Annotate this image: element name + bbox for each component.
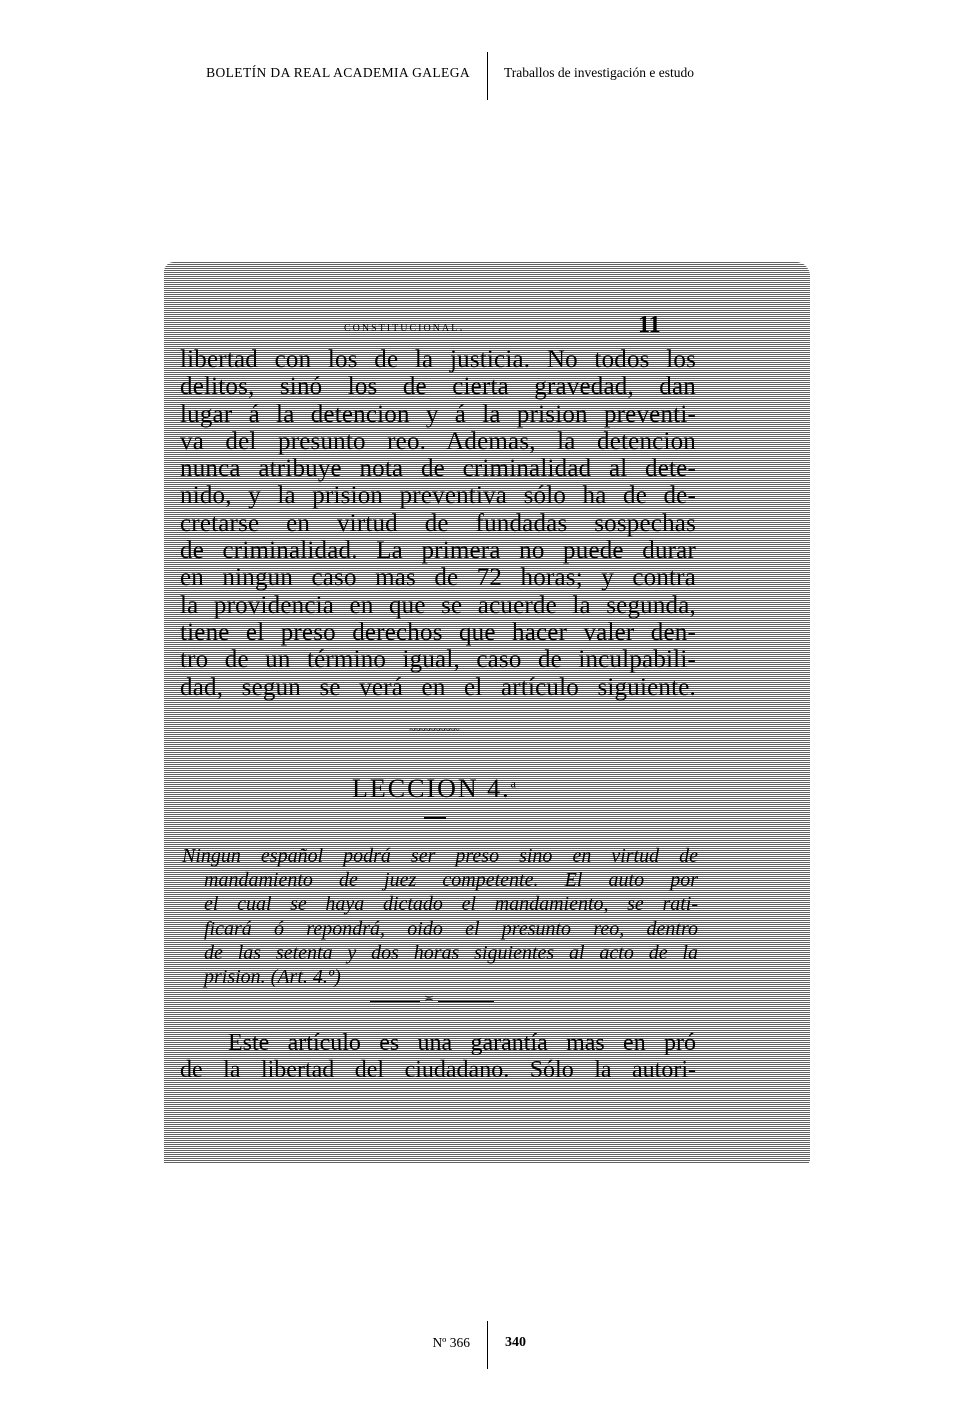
text-line: nunca atribuye nota de criminalidad al d… xyxy=(180,455,696,482)
page-number: 340 xyxy=(505,1335,526,1351)
text-line: de la libertad del ciudadano. Sólo la au… xyxy=(180,1057,696,1084)
lesson-heading-text: LECCION 4. xyxy=(352,774,511,803)
header-divider xyxy=(487,52,488,100)
quote-line: prision. (Art. 4.º) xyxy=(182,965,698,989)
text-line: de criminalidad. La primera no puede dur… xyxy=(180,537,696,564)
text-line: nido, y la prision preventiva sólo ha de… xyxy=(180,482,696,509)
scanned-page-image: CONSTITUCIONAL. 11 libertad con los de l… xyxy=(164,262,810,1164)
article-quote: Ningun español podrá ser preso sino en v… xyxy=(182,844,698,989)
quote-line: ficará ó repondrá, oido el presunto reo,… xyxy=(182,917,698,941)
journal-header: BOLETÍN DA REAL ACADEMIA GALEGA Traballo… xyxy=(0,52,975,100)
journal-title: BOLETÍN DA REAL ACADEMIA GALEGA xyxy=(206,65,470,81)
commentary-text: Este artículo es una garantía mas en pró… xyxy=(180,1030,696,1084)
text-line: dad, segun se verá en el artículo siguie… xyxy=(180,674,696,701)
text-line: cretarse en virtud de fundadas sospechas xyxy=(180,510,696,537)
footer-divider xyxy=(487,1321,488,1369)
text-line: Este artículo es una garantía mas en pró xyxy=(180,1030,696,1057)
scan-running-head: CONSTITUCIONAL. xyxy=(344,320,465,336)
text-line: tro de un término igual, caso de inculpa… xyxy=(180,646,696,673)
issue-number: Nº 366 xyxy=(432,1335,470,1351)
text-line: en ningun caso mas de 72 horas; y contra xyxy=(180,564,696,591)
quote-line: el cual se haya dictado el mandamiento, … xyxy=(182,892,698,916)
short-rule xyxy=(424,817,446,819)
fleuron-mark: ≍ xyxy=(424,991,434,1006)
text-line: tiene el preso derechos que hacer valer … xyxy=(180,619,696,646)
text-line: va del presunto reo. Ademas, la detencio… xyxy=(180,428,696,455)
text-line: la providencia en que se acuerde la segu… xyxy=(180,592,696,619)
text-line: delitos, sinó los de cierta gravedad, da… xyxy=(180,373,696,400)
quote-line: mandamiento de juez competente. El auto … xyxy=(182,868,698,892)
section-title: Traballos de investigación e estudo xyxy=(504,65,694,81)
scan-page-number: 11 xyxy=(638,312,661,339)
fleuron-divider: ≍ xyxy=(370,997,494,1007)
lesson-heading-superscript: a xyxy=(511,776,518,790)
quote-line: Ningun español podrá ser preso sino en v… xyxy=(182,844,698,868)
lesson-heading: LECCION 4.a xyxy=(352,774,518,804)
ornament-divider: ~~~~~~~~~~ xyxy=(382,724,486,736)
scan-body-text: libertad con los de la justicia. No todo… xyxy=(180,346,696,701)
text-line: libertad con los de la justicia. No todo… xyxy=(180,346,696,373)
journal-footer: Nº 366 340 xyxy=(0,1321,975,1369)
quote-line: de las setenta y dos horas siguientes al… xyxy=(182,941,698,965)
fleuron-right-bar xyxy=(438,1001,494,1002)
text-line: lugar á la detencion y á la prision prev… xyxy=(180,401,696,428)
fleuron-left-bar xyxy=(370,1001,420,1002)
